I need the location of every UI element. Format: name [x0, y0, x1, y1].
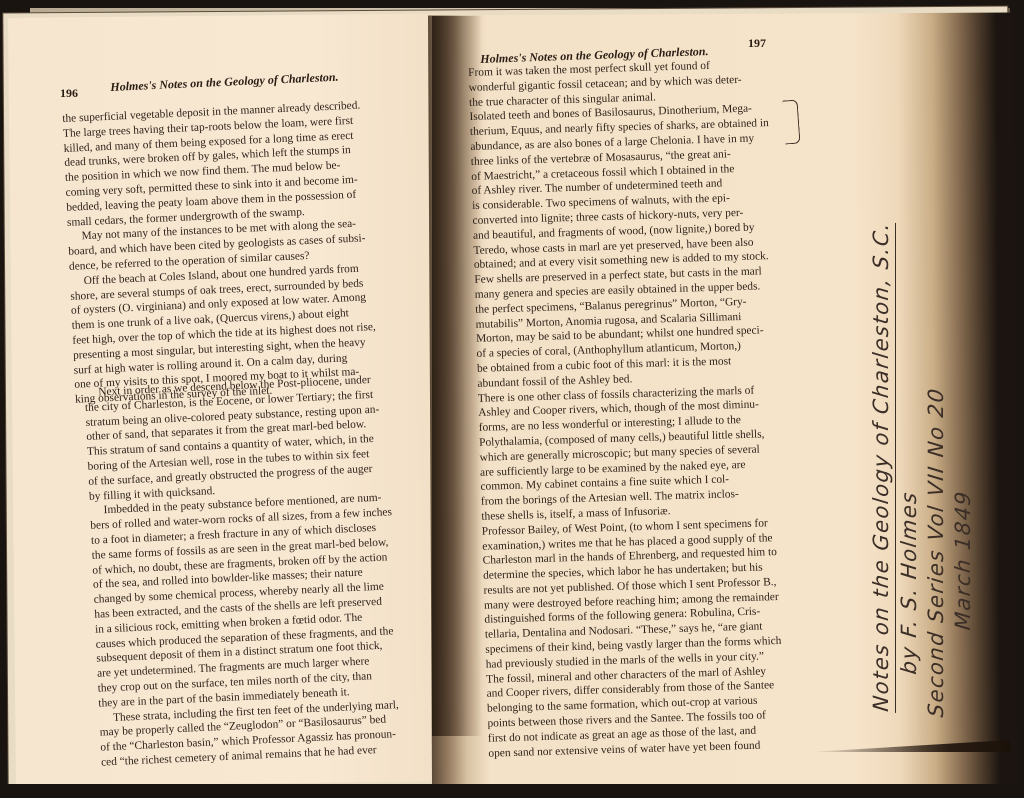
handwritten-annotation: Notes on the Geology of Charleston, S.C.… [868, 220, 977, 721]
right-page-body: From it was taken the most perfect skull… [468, 55, 848, 761]
background-edge [0, 784, 1024, 798]
margin-bracket-mark [782, 100, 800, 145]
handwritten-line: Second Series Vol VII No 20 [923, 226, 950, 718]
handwritten-line: March 1849 [950, 229, 977, 721]
left-page-body-bottom: Next in order as we descend below the Po… [84, 369, 471, 770]
left-page-number: 196 [60, 86, 78, 101]
book-photograph: 196 Holmes's Notes on the Geology of Cha… [0, 0, 1024, 798]
handwritten-line: Notes on the Geology of Charleston, S.C. [868, 220, 896, 713]
left-page-body-top: the superficial vegetable deposit in the… [62, 95, 445, 407]
handwritten-line: by F. S. Holmes [896, 223, 923, 715]
right-page-number: 197 [748, 36, 766, 51]
